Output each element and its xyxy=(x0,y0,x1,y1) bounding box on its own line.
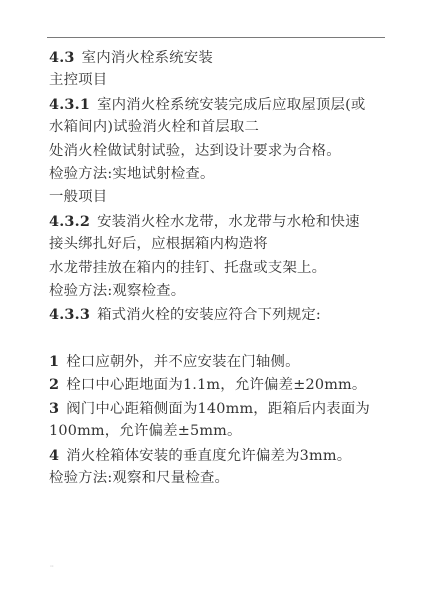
section-number: 4.3 xyxy=(49,49,75,66)
list-item-text: 阀门中心距箱侧面为140mm，距箱后内表面为 xyxy=(66,401,370,417)
list-item-text: 消火栓箱体安装的垂直度允许偏差为3mm。 xyxy=(66,448,351,464)
header-rule xyxy=(47,37,385,38)
clause-text: 安装消火栓水龙带，水龙带与水枪和快速 xyxy=(97,214,360,230)
list-item-number: 3 xyxy=(49,400,59,417)
general-items-heading: 一般项目 xyxy=(49,186,399,209)
clause-4-3-3-line-1: 4.3.3箱式消火栓的安装应符合下列规定: xyxy=(49,303,399,326)
clause-4-3-2-inspection: 检验方法:观察检查。 xyxy=(49,280,399,303)
clause-4-3-3-inspection: 检验方法:观察和尺量检查。 xyxy=(49,467,399,490)
main-items-heading: 主控项目 xyxy=(49,69,399,92)
clause-4-3-1-line-3: 处消火栓做试射试验，达到设计要求为合格。 xyxy=(49,140,399,163)
clause-4-3-1-line-1: 4.3.1室内消火栓系统安装完成后应取屋顶层(或 xyxy=(49,93,399,116)
list-item-2: 2栓口中心距地面为1.1m，允许偏差±20mm。 xyxy=(49,373,399,396)
list-item-4: 4消火栓箱体安装的垂直度允许偏差为3mm。 xyxy=(49,444,399,467)
section-title: 室内消火栓系统安装 xyxy=(82,50,213,66)
list-item-number: 4 xyxy=(49,447,59,464)
clause-4-3-2-line-1: 4.3.2安装消火栓水龙带，水龙带与水枪和快速 xyxy=(49,210,399,233)
clause-4-3-1-line-2: 水箱间内)试验消火栓和首层取二 xyxy=(49,116,399,139)
clause-4-3-2-line-2: 接头绑扎好后，应根据箱内构造将 xyxy=(49,233,399,256)
clause-number: 4.3.3 xyxy=(49,306,90,323)
clause-number: 4.3.1 xyxy=(49,96,90,113)
list-item-text: 栓口应朝外，并不应安装在门轴侧。 xyxy=(66,354,299,370)
list-item-number: 2 xyxy=(49,376,59,393)
clause-4-3-1-inspection: 检验方法:实地试射检查。 xyxy=(49,163,399,186)
clause-number: 4.3.2 xyxy=(49,213,90,230)
clause-text: 室内消火栓系统安装完成后应取屋顶层(或 xyxy=(97,97,365,113)
list-item-number: 1 xyxy=(49,353,59,370)
section-heading: 4.3室内消火栓系统安装 xyxy=(49,46,399,69)
blank-line xyxy=(49,327,399,350)
document-body: 4.3室内消火栓系统安装 主控项目 4.3.1室内消火栓系统安装完成后应取屋顶层… xyxy=(49,46,399,490)
list-item-3-continuation: 100mm，允许偏差±5mm。 xyxy=(49,420,399,443)
footer-mark: ˌˌ xyxy=(50,560,54,568)
list-item-text: 栓口中心距地面为1.1m，允许偏差±20mm。 xyxy=(66,377,366,393)
list-item-1: 1栓口应朝外，并不应安装在门轴侧。 xyxy=(49,350,399,373)
list-item-3: 3阀门中心距箱侧面为140mm，距箱后内表面为 xyxy=(49,397,399,420)
clause-4-3-2-line-3: 水龙带挂放在箱内的挂钉、托盘或支架上。 xyxy=(49,257,399,280)
clause-text: 箱式消火栓的安装应符合下列规定: xyxy=(97,307,321,323)
